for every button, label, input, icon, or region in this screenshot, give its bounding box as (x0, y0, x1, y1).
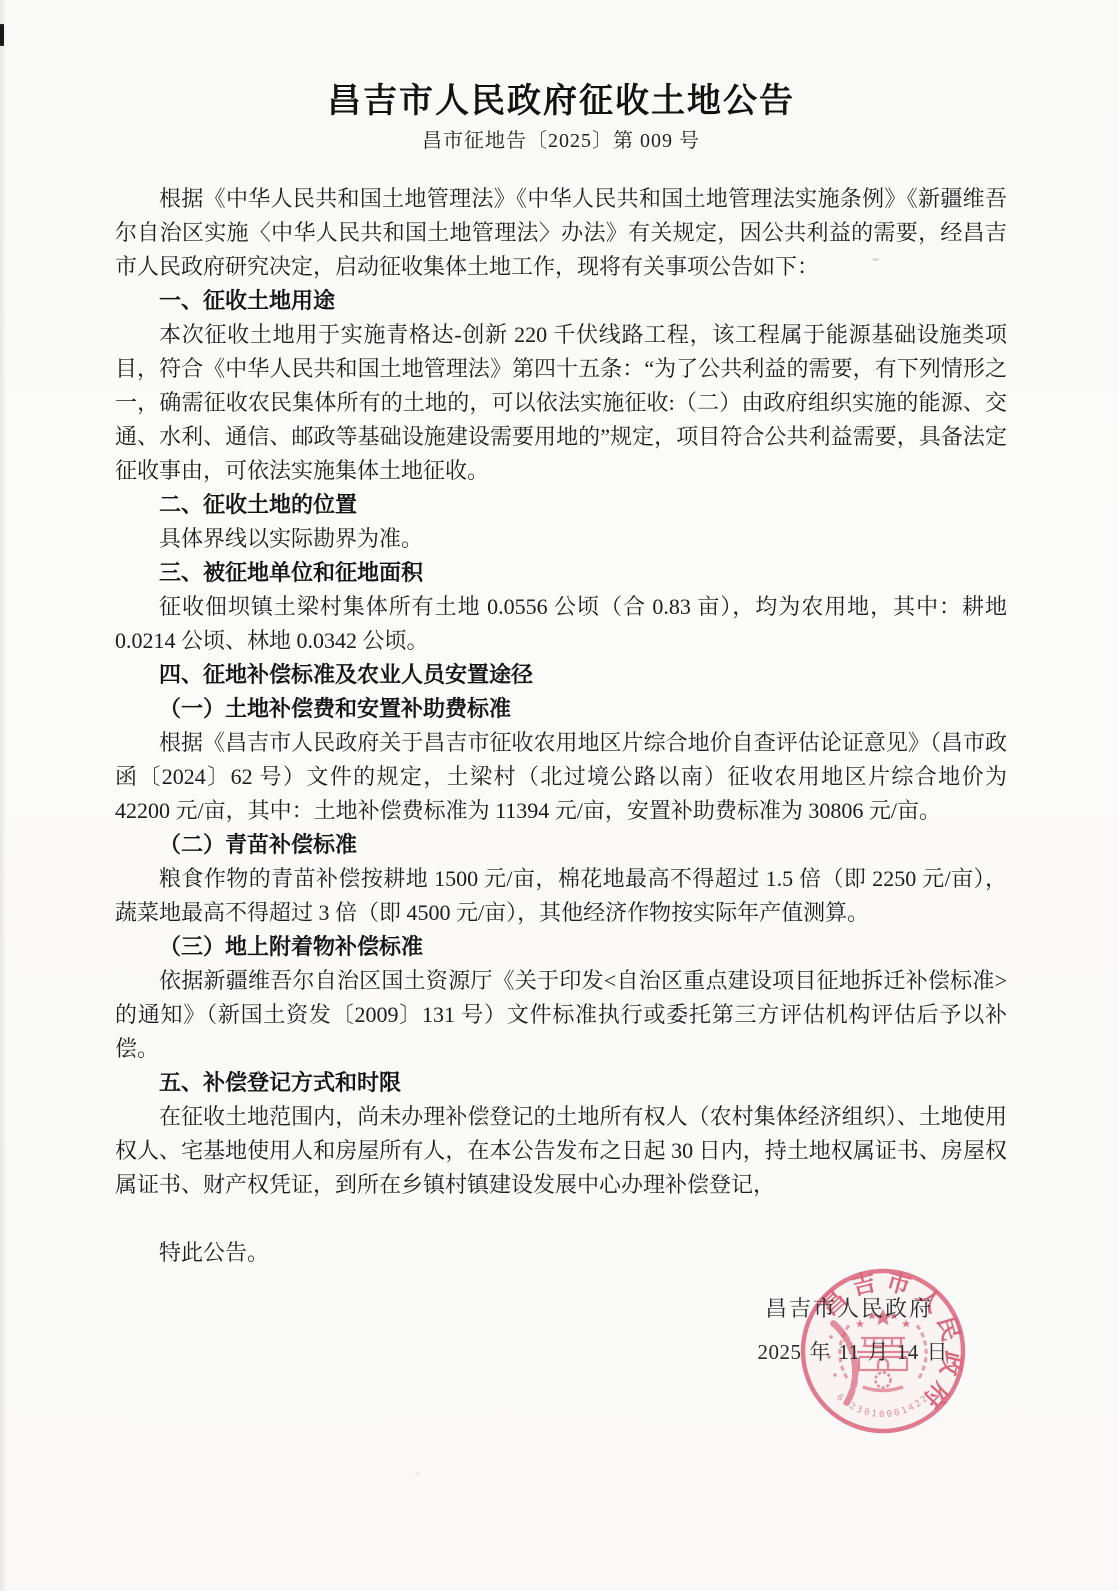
paragraph-section-5: 在征收土地范围内，尚未办理补偿登记的土地所有权人（农村集体经济组织）、土地使用权… (115, 1100, 1007, 1202)
subheading-section-4-2: （二）青苗补偿标准 (115, 828, 1007, 862)
subheading-section-4-3: （三）地上附着物补偿标准 (115, 930, 1007, 964)
scan-edge-shadow (0, 0, 7, 1591)
paragraph-section-3: 征收佃坝镇土梁村集体所有土地 0.0556 公顷（合 0.83 亩），均为农用地… (115, 590, 1007, 658)
announcement-page: 昌吉市人民政府征收土地公告 昌市征地告〔2025〕第 009 号 根据《中华人民… (0, 0, 1119, 1591)
page-title: 昌吉市人民政府征收土地公告 (115, 84, 1007, 120)
document-number: 昌市征地告〔2025〕第 009 号 (115, 128, 1007, 154)
paragraph-section-4-3: 依据新疆维吾尔自治区国土资源厅《关于印发<自治区重点建设项目征地拆迁补偿标准>的… (115, 964, 1007, 1066)
paragraph-section-4-2: 粮食作物的青苗补偿按耕地 1500 元/亩，棉花地最高不得超过 1.5 倍（即 … (115, 862, 1007, 930)
issuer-signature: 昌吉市人民政府 (765, 1292, 933, 1326)
heading-section-4: 四、征地补偿标准及农业人员安置途径 (115, 658, 1007, 692)
scan-artifact-mark (0, 24, 4, 46)
paragraph-section-2: 具体界线以实际勘界为准。 (115, 522, 1007, 556)
heading-section-5: 五、补偿登记方式和时限 (115, 1066, 1007, 1100)
paragraph-intro: 根据《中华人民共和国土地管理法》《中华人民共和国土地管理法实施条例》《新疆维吾尔… (115, 182, 1007, 284)
document-text: 根据《中华人民共和国土地管理法》《中华人民共和国土地管理法实施条例》《新疆维吾尔… (115, 182, 1007, 1202)
paragraph-section-4-1: 根据《昌吉市人民政府关于昌吉市征收农用地区片综合地价自查评估论证意见》（昌市政函… (115, 726, 1007, 828)
document-body: 昌吉市人民政府征收土地公告 昌市征地告〔2025〕第 009 号 根据《中华人民… (115, 84, 1007, 1270)
issue-date: 2025 年 11 月 14 日 (758, 1335, 948, 1369)
subheading-section-4-1: （一）土地补偿费和安置补助费标准 (115, 692, 1007, 726)
paragraph-section-1: 本次征收土地用于实施青格达-创新 220 千伏线路工程，该工程属于能源基础设施类… (115, 318, 1007, 488)
heading-section-1: 一、征收土地用途 (115, 284, 1007, 318)
heading-section-3: 三、被征地单位和征地面积 (115, 556, 1007, 590)
heading-section-2: 二、征收土地的位置 (115, 488, 1007, 522)
seal-script-dot (833, 1373, 836, 1376)
scan-speck (415, 1472, 420, 1476)
